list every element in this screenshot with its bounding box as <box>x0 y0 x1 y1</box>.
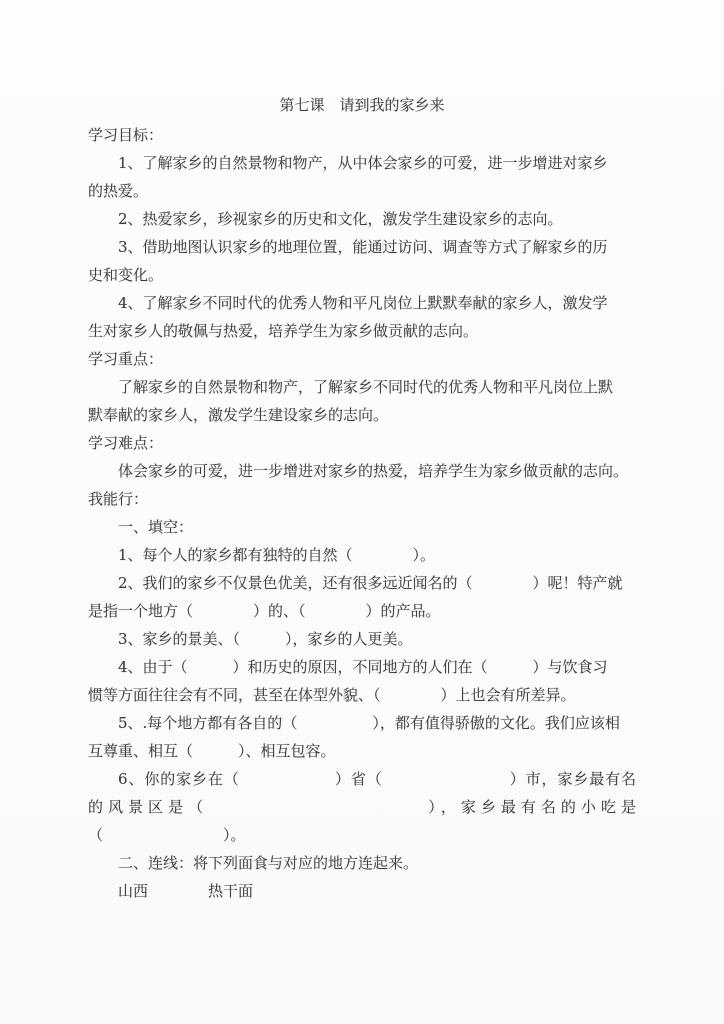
document-title: 第七课 请到我的家乡来 <box>88 91 636 119</box>
document-line: 山西 热干面 <box>88 877 636 905</box>
document-line: 学习难点： <box>88 429 636 457</box>
document-line: （ ）。 <box>88 821 636 849</box>
document-line: 4、了解家乡不同时代的优秀人物和平凡岗位上默默奉献的家乡人，激发学 <box>88 289 636 317</box>
document-line: 史和变化。 <box>88 261 636 289</box>
document-line: 1、了解家乡的自然景物和物产，从中体会家乡的可爱，进一步增进对家乡 <box>88 149 636 177</box>
document-body: 学习目标：1、了解家乡的自然景物和物产，从中体会家乡的可爱，进一步增进对家乡的热… <box>88 121 636 905</box>
document-line: 默奉献的家乡人，激发学生建设家乡的志向。 <box>88 401 636 429</box>
document-line: 生对家乡人的敬佩与热爱，培养学生为家乡做贡献的志向。 <box>88 317 636 345</box>
document-line: 二、连线：将下列面食与对应的地方连起来。 <box>88 849 636 877</box>
document-line: 学习重点： <box>88 345 636 373</box>
document-line: 惯等方面往往会有不同，甚至在体型外貌、（ ）上也会有所差异。 <box>88 681 636 709</box>
document-line: 的风景区是（ ），家乡最有名的小吃是 <box>88 793 636 821</box>
document-line: 互尊重、相互（ ）、相互包容。 <box>88 737 636 765</box>
document-line: 了解家乡的自然景物和物产，了解家乡不同时代的优秀人物和平凡岗位上默 <box>88 373 636 401</box>
document-line: 体会家乡的可爱，进一步增进对家乡的热爱，培养学生为家乡做贡献的志向。 <box>88 457 636 485</box>
document-page: 第七课 请到我的家乡来 学习目标：1、了解家乡的自然景物和物产，从中体会家乡的可… <box>0 0 724 1024</box>
document-line: 4、由于（ ）和历史的原因，不同地方的人们在（ ）与饮食习 <box>88 653 636 681</box>
document-line: 学习目标： <box>88 121 636 149</box>
document-line: 一、填空： <box>88 513 636 541</box>
document-line: 2、热爱家乡，珍视家乡的历史和文化，激发学生建设家乡的志向。 <box>88 205 636 233</box>
document-line: 6、你的家乡在（ ）省（ ）市，家乡最有名 <box>88 765 636 793</box>
document-line: 1、每个人的家乡都有独特的自然（ ）。 <box>88 541 636 569</box>
document-line: 我能行： <box>88 485 636 513</box>
document-line: 5、.每个地方都有各自的（ ），都有值得骄傲的文化。我们应该相 <box>88 709 636 737</box>
document-line: 3、家乡的景美、（ ），家乡的人更美。 <box>88 625 636 653</box>
document-line: 3、借助地图认识家乡的地理位置，能通过访问、调查等方式了解家乡的历 <box>88 233 636 261</box>
document-line: 2、我们的家乡不仅景色优美，还有很多远近闻名的（ ）呢！特产就 <box>88 569 636 597</box>
document-line: 的热爱。 <box>88 177 636 205</box>
document-line: 是指一个地方（ ）的、（ ）的产品。 <box>88 597 636 625</box>
